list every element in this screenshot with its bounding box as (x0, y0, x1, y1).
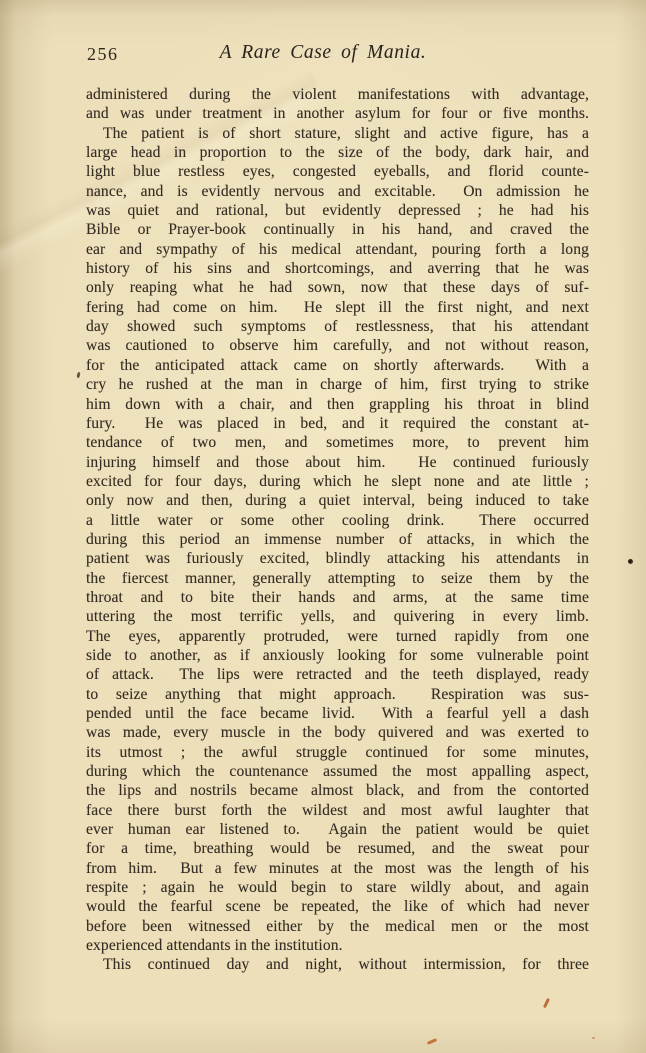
text-line: The patient is of short stature, slight … (86, 124, 589, 143)
text-line: excited for four days, during which he s… (86, 472, 589, 491)
running-title: A Rare Case of Mania. (0, 42, 646, 64)
text-line: cry he rushed at the man in charge of hi… (86, 375, 589, 394)
paper-speck (592, 1037, 595, 1039)
text-line: only reaping what he had sown, now that … (86, 278, 589, 297)
text-line: for a time, breathing would be resumed, … (86, 839, 589, 858)
text-line: injuring himself and those about him. He… (86, 453, 589, 472)
text-line: was made, every muscle in the body quive… (86, 723, 589, 742)
text-line: only now and then, during a quiet interv… (86, 491, 589, 510)
text-line: ever human ear listened to. Again the pa… (86, 820, 589, 839)
text-line: its utmost ; the awful struggle continue… (86, 743, 589, 762)
text-line: during which the countenance assumed the… (86, 762, 589, 781)
paper-speck (628, 559, 633, 564)
text-line: the lips and nostrils became almost blac… (86, 781, 589, 800)
text-line: throat and to bite their hands and arms,… (86, 588, 589, 607)
text-line: administered during the violent manifest… (86, 85, 589, 104)
body-text: administered during the violent manifest… (86, 85, 589, 975)
text-line: history of his sins and shortcomings, an… (86, 259, 589, 278)
text-line: ear and sympathy of his medical attendan… (86, 240, 589, 259)
text-line: face there burst forth the wildest and m… (86, 801, 589, 820)
text-line: light blue restless eyes, congested eyeb… (86, 162, 589, 181)
text-line: would the fearful scene be repeated, the… (86, 897, 589, 916)
text-line: nance, and is evidently nervous and exci… (86, 182, 589, 201)
text-line: during this period an immense number of … (86, 530, 589, 549)
paper-speck (427, 1038, 437, 1045)
text-line: him down with a chair, and then grapplin… (86, 395, 589, 414)
text-line: This continued day and night, without in… (86, 955, 589, 974)
text-line: from him. But a few minutes at the most … (86, 859, 589, 878)
text-line: day showed such symptoms of restlessness… (86, 317, 589, 336)
text-line: fury. He was placed in bed, and it requi… (86, 414, 589, 433)
text-line: was cautioned to observe him carefully, … (86, 336, 589, 355)
text-line: for the anticipated attack came on short… (86, 356, 589, 375)
text-line: pended until the face became livid. With… (86, 704, 589, 723)
text-line: of attack. The lips were retracted and t… (86, 665, 589, 684)
text-line: a little water or some other cooling dri… (86, 511, 589, 530)
book-page: 256 A Rare Case of Mania. administered d… (0, 0, 646, 1053)
text-line: before been witnessed either by the medi… (86, 917, 589, 936)
text-line: was quiet and rational, but evidently de… (86, 201, 589, 220)
text-line: respite ; again he would begin to stare … (86, 878, 589, 897)
text-line: The eyes, apparently protruded, were tur… (86, 627, 589, 646)
text-line: patient was furiously excited, blindly a… (86, 549, 589, 568)
text-line: experienced attendants in the institutio… (86, 936, 589, 955)
text-line: and was under treatment in another asylu… (86, 104, 589, 123)
text-line: large head in proportion to the size of … (86, 143, 589, 162)
text-line: the fiercest manner, generally attemptin… (86, 569, 589, 588)
ink-speck (76, 372, 80, 379)
text-line: Bible or Prayer-book continually in his … (86, 220, 589, 239)
text-line: side to another, as if anxiously looking… (86, 646, 589, 665)
text-line: uttering the most terrific yells, and qu… (86, 607, 589, 626)
paper-speck (543, 998, 550, 1008)
text-line: to seize anything that might approach. R… (86, 685, 589, 704)
text-line: tendance of two men, and sometimes more,… (86, 433, 589, 452)
text-line: fering had come on him. He slept ill the… (86, 298, 589, 317)
